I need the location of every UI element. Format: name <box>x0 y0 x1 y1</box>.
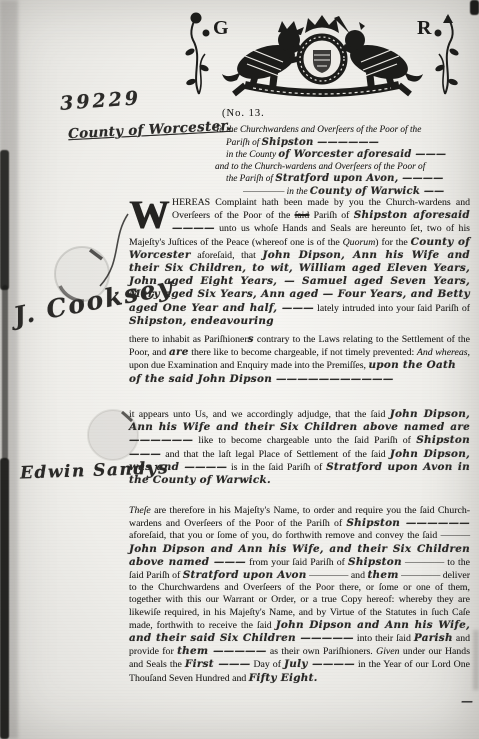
printed-italic-phrase: And whereas, <box>417 347 470 358</box>
handwritten-word: are <box>169 346 189 358</box>
printed-text: as their own Pariſhioners. <box>267 646 377 657</box>
body-paragraph-adjudge: it appears unto Us, and we accordingly a… <box>129 408 470 487</box>
printed-italic-word: Quorum <box>343 237 376 248</box>
thistle-sprig-icon <box>434 14 459 94</box>
handwritten-parish-entry: Shipston, endeavouring <box>129 315 274 327</box>
monogram-g: G <box>213 17 229 39</box>
garter-shield-icon <box>300 15 344 81</box>
struck-word: ſaid <box>295 210 310 221</box>
printed-italic-word: Theſe <box>129 505 151 516</box>
unicorn-supporter-icon <box>334 16 423 89</box>
handwritten-parish-entry: Shipston <box>348 556 402 568</box>
handwritten-day-entry: First ——— <box>185 658 251 670</box>
address-line-6-printed: ————— in the <box>243 187 310 197</box>
address-line-5-printed: the Pariſh of <box>226 174 275 184</box>
printed-italic-word: Given <box>376 646 399 657</box>
printed-text: Day of <box>250 659 284 670</box>
printed-text: is in the ſaid Pariſh of <box>227 462 326 473</box>
royal-arms-woodcut: G <box>183 6 461 100</box>
origin-parish-entry: Shipston —————— <box>262 137 379 148</box>
destination-county-entry: County of Warwick —— <box>310 186 445 197</box>
handwritten-word: them ————— <box>177 645 266 657</box>
handwritten-year-entry: Fifty Eight. <box>249 672 318 684</box>
body-paragraph-settlement: there to inhabit as Pariſhioners contrar… <box>129 333 470 385</box>
body-paragraph-order: Theſe are therefore in his Majeſty's Nam… <box>129 505 470 685</box>
monogram-r: R <box>417 17 432 39</box>
printed-text: aforeſaid, that <box>191 250 263 261</box>
printed-text: and that the laſt legal Place of Settlem… <box>161 449 390 460</box>
address-line-4: and to the Church-wardens and Overſeers … <box>215 162 425 172</box>
handwritten-word: them <box>367 569 398 581</box>
address-line-1: To the Churchwardens and Overſeers of th… <box>215 125 421 135</box>
address-block: To the Churchwardens and Overſeers of th… <box>215 125 473 199</box>
handwritten-parish-entry: Shipston —————— <box>346 517 470 529</box>
handwritten-oath-entry: upon the Oath <box>368 359 456 371</box>
stray-mark: — <box>461 694 471 708</box>
destination-parish-entry: Stratford upon Avon, ———— <box>275 173 443 184</box>
drop-cap-w: W <box>129 199 167 231</box>
motto-ribbon-icon <box>234 85 410 94</box>
scan-corner-mark <box>470 0 479 15</box>
printed-text: upon due Examination and Enquiry made in… <box>129 360 368 371</box>
origin-county-entry: of Worcester aforesaid ——— <box>278 149 446 160</box>
accession-number-annotation: 39229 <box>59 87 141 115</box>
scan-edge-right <box>473 630 479 690</box>
printed-text: from your ſaid Pariſh of <box>246 557 348 568</box>
printed-text: it appears unto Us, and we accordingly a… <box>129 409 390 420</box>
handwritten-destination-entry: Stratford upon Avon <box>183 569 307 581</box>
scan-edge-left <box>0 458 9 739</box>
printed-text: lately intruded into your ſaid Pariſh of <box>314 303 470 314</box>
handwritten-month-entry: July ———— <box>284 658 355 670</box>
printed-text: aforeſaid, that you or ſome of you, do f… <box>129 530 470 541</box>
scan-edge-left <box>2 285 8 460</box>
printed-text: there like to become chargeable, if not … <box>189 347 417 358</box>
printed-text: Pariſh of <box>309 210 353 221</box>
printed-text: there to inhabit as Pariſhioner <box>129 334 248 345</box>
address-line-3-printed: in the County <box>226 150 278 160</box>
handwritten-word: Parish <box>414 632 453 644</box>
body-paragraph-whereas: WHEREAS Complaint hath been made by you … <box>129 197 470 328</box>
printed-text: like to become chargeable unto the ſaid … <box>193 435 416 446</box>
address-line-2-printed: Pariſh of <box>226 138 262 148</box>
county-annotation: County of Worcester. <box>68 118 232 143</box>
printed-text: into their ſaid <box>354 633 414 644</box>
printed-text: ) for the <box>375 237 410 248</box>
handwritten-deponent-entry: of the said John Dipson ——————————— <box>129 373 470 385</box>
lion-supporter-icon <box>222 21 305 89</box>
rose-sprig-icon <box>184 13 209 95</box>
printed-text: ———— and <box>307 570 368 581</box>
page: G <box>0 0 479 739</box>
scan-edge-left <box>0 150 9 290</box>
